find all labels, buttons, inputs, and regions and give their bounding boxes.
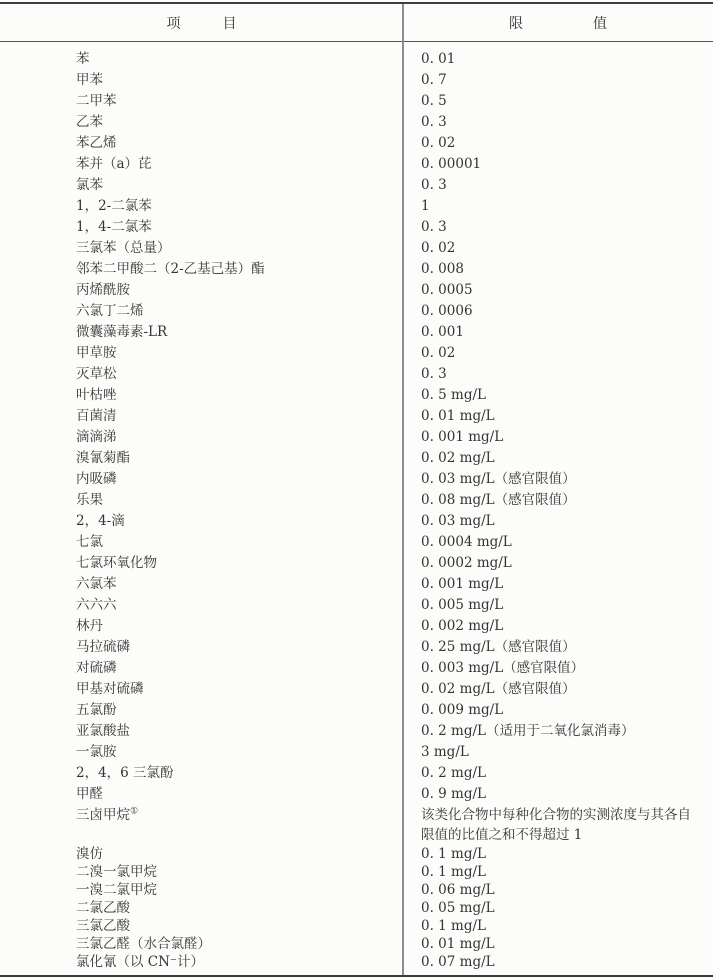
standards-document-page: 项 目 限 值 苯0. 01甲苯0. 7二甲苯0. 5乙苯0. 3苯乙烯0. 0…	[0, 0, 713, 980]
limit-cell: 0. 001	[403, 322, 713, 343]
item-cell: 七氯	[0, 532, 403, 553]
item-cell: 二溴一氯甲烷	[0, 863, 403, 881]
limit-cell: 0. 03 mg/L（感官限值）	[403, 469, 713, 490]
table-row: 2，4，6 三氯酚0. 2 mg/L	[0, 763, 713, 784]
item-cell: 滴滴涕	[0, 427, 403, 448]
item-cell: 三氯乙醛（水合氯醛）	[0, 935, 403, 953]
item-cell: 2，4-滴	[0, 511, 403, 532]
item-cell: 二甲苯	[0, 91, 403, 112]
table-row: 二氯乙酸0. 05 mg/L	[0, 899, 713, 917]
table-body: 苯0. 01甲苯0. 7二甲苯0. 5乙苯0. 3苯乙烯0. 02苯并（a）芘0…	[0, 42, 713, 971]
limit-cell: 0. 001 mg/L	[403, 427, 713, 448]
limit-cell: 0. 1 mg/L	[403, 845, 713, 863]
table-row: 亚氯酸盐0. 2 mg/L（适用于二氧化氯消毒）	[0, 721, 713, 742]
limit-cell: 0. 3	[403, 112, 713, 133]
item-cell: 三氯苯（总量）	[0, 238, 403, 259]
table-row: 三氯苯（总量）0. 02	[0, 238, 713, 259]
table-row: 苯0. 01	[0, 49, 713, 70]
limit-cell: 0. 1 mg/L	[403, 917, 713, 935]
limit-cell: 0. 002 mg/L	[403, 616, 713, 637]
table-row: 甲草胺0. 02	[0, 343, 713, 364]
table-header-row: 项 目 限 值	[0, 4, 713, 42]
item-cell: 1，2-二氯苯	[0, 196, 403, 217]
table-row: 滴滴涕0. 001 mg/L	[0, 427, 713, 448]
item-cell: 甲草胺	[0, 343, 403, 364]
table-row: 甲苯0. 7	[0, 70, 713, 91]
item-cell: 1，4-二氯苯	[0, 217, 403, 238]
item-cell: 一溴二氯甲烷	[0, 881, 403, 899]
table-row: 六氯丁二烯0. 0006	[0, 301, 713, 322]
limit-cell: 0. 02 mg/L（感官限值）	[403, 679, 713, 700]
limit-cell: 0. 009 mg/L	[403, 700, 713, 721]
table-row: 溴氰菊酯0. 02 mg/L	[0, 448, 713, 469]
item-cell: 一氯胺	[0, 742, 403, 763]
item-cell: 对硫磷	[0, 658, 403, 679]
limit-cell: 该类化合物中每种化合物的实测浓度与其各自 限值的比值之和不得超过 1	[403, 805, 713, 845]
limit-cell: 0. 5	[403, 91, 713, 112]
item-cell: 苯	[0, 49, 403, 70]
table-row: 甲醛0. 9 mg/L	[0, 784, 713, 805]
table-row: 丙烯酰胺0. 0005	[0, 280, 713, 301]
table-row: 百菌清0. 01 mg/L	[0, 406, 713, 427]
limit-cell: 0. 25 mg/L（感官限值）	[403, 637, 713, 658]
limit-cell: 0. 005 mg/L	[403, 595, 713, 616]
table-row: 六氯苯0. 001 mg/L	[0, 574, 713, 595]
item-cell: 微囊藻毒素-LR	[0, 322, 403, 343]
limit-cell: 0. 3	[403, 364, 713, 385]
item-cell: 乐果	[0, 490, 403, 511]
item-cell: 溴氰菊酯	[0, 448, 403, 469]
limit-cell: 0. 01 mg/L	[403, 406, 713, 427]
table-row: 二甲苯0. 5	[0, 91, 713, 112]
limit-cell: 0. 0006	[403, 301, 713, 322]
table-row: 六六六0. 005 mg/L	[0, 595, 713, 616]
limits-table: 项 目 限 值 苯0. 01甲苯0. 7二甲苯0. 5乙苯0. 3苯乙烯0. 0…	[0, 2, 713, 977]
limit-cell: 0. 02	[403, 133, 713, 154]
item-cell: 六氯苯	[0, 574, 403, 595]
limit-cell: 0. 02 mg/L	[403, 448, 713, 469]
item-cell: 二氯乙酸	[0, 899, 403, 917]
limit-cell: 0. 3	[403, 175, 713, 196]
table-row: 溴仿0. 1 mg/L	[0, 845, 713, 863]
limit-cell: 0. 01 mg/L	[403, 935, 713, 953]
table-row: 五氯酚0. 009 mg/L	[0, 700, 713, 721]
table-row: 三氯乙酸0. 1 mg/L	[0, 917, 713, 935]
table-row: 氯苯0. 3	[0, 175, 713, 196]
limit-cell: 0. 008	[403, 259, 713, 280]
table-row: 乙苯0. 3	[0, 112, 713, 133]
item-cell: 2，4，6 三氯酚	[0, 763, 403, 784]
limit-cell: 0. 0005	[403, 280, 713, 301]
table-row: 1，2-二氯苯1	[0, 196, 713, 217]
table-row: 对硫磷0. 003 mg/L（感官限值）	[0, 658, 713, 679]
item-cell: 氯化氰（以 CN⁻计）	[0, 953, 403, 971]
item-cell: 三卤甲烷①	[0, 805, 403, 845]
limit-cell: 1	[403, 196, 713, 217]
limit-cell: 3 mg/L	[403, 742, 713, 763]
limit-cell: 0. 001 mg/L	[403, 574, 713, 595]
item-cell: 六六六	[0, 595, 403, 616]
table-row: 乐果0. 08 mg/L（感官限值）	[0, 490, 713, 511]
limit-cell: 0. 02	[403, 238, 713, 259]
table-row: 三卤甲烷①该类化合物中每种化合物的实测浓度与其各自 限值的比值之和不得超过 1	[0, 805, 713, 845]
item-cell: 六氯丁二烯	[0, 301, 403, 322]
item-cell: 丙烯酰胺	[0, 280, 403, 301]
limit-cell: 0. 9 mg/L	[403, 784, 713, 805]
table-row: 灭草松0. 3	[0, 364, 713, 385]
table-row: 苯乙烯0. 02	[0, 133, 713, 154]
item-cell: 马拉硫磷	[0, 637, 403, 658]
limit-cell: 0. 07 mg/L	[403, 953, 713, 971]
item-cell: 甲醛	[0, 784, 403, 805]
table-row: 马拉硫磷0. 25 mg/L（感官限值）	[0, 637, 713, 658]
item-cell: 内吸磷	[0, 469, 403, 490]
col-header-limit: 限 值	[403, 13, 713, 33]
table-row: 二溴一氯甲烷0. 1 mg/L	[0, 863, 713, 881]
item-cell: 甲基对硫磷	[0, 679, 403, 700]
table-row: 七氯0. 0004 mg/L	[0, 532, 713, 553]
table-row: 一溴二氯甲烷0. 06 mg/L	[0, 881, 713, 899]
item-cell: 苯并（a）芘	[0, 154, 403, 175]
table-row: 叶枯唑0. 5 mg/L	[0, 385, 713, 406]
limit-cell: 0. 2 mg/L	[403, 763, 713, 784]
item-cell: 亚氯酸盐	[0, 721, 403, 742]
item-cell: 邻苯二甲酸二（2-乙基己基）酯	[0, 259, 403, 280]
item-cell: 甲苯	[0, 70, 403, 91]
table-row: 氯化氰（以 CN⁻计）0. 07 mg/L	[0, 953, 713, 971]
limit-cell: 0. 7	[403, 70, 713, 91]
col-header-item: 项 目	[0, 13, 403, 33]
item-cell: 乙苯	[0, 112, 403, 133]
limit-cell: 0. 02	[403, 343, 713, 364]
limit-cell: 0. 05 mg/L	[403, 899, 713, 917]
table-row: 内吸磷0. 03 mg/L（感官限值）	[0, 469, 713, 490]
limit-cell: 0. 3	[403, 217, 713, 238]
limit-cell: 0. 0002 mg/L	[403, 553, 713, 574]
column-divider-line	[402, 4, 404, 975]
limit-cell: 0. 08 mg/L（感官限值）	[403, 490, 713, 511]
item-cell: 五氯酚	[0, 700, 403, 721]
table-row: 林丹0. 002 mg/L	[0, 616, 713, 637]
table-row: 一氯胺3 mg/L	[0, 742, 713, 763]
table-row: 邻苯二甲酸二（2-乙基己基）酯0. 008	[0, 259, 713, 280]
item-cell: 百菌清	[0, 406, 403, 427]
limit-cell: 0. 1 mg/L	[403, 863, 713, 881]
table-row: 1，4-二氯苯0. 3	[0, 217, 713, 238]
limit-cell: 0. 0004 mg/L	[403, 532, 713, 553]
item-cell: 溴仿	[0, 845, 403, 863]
item-cell: 叶枯唑	[0, 385, 403, 406]
table-row: 七氯环氧化物0. 0002 mg/L	[0, 553, 713, 574]
limit-cell: 0. 01	[403, 49, 713, 70]
item-cell: 苯乙烯	[0, 133, 403, 154]
footnote-marker: ①	[130, 807, 138, 817]
table-row: 2，4-滴0. 03 mg/L	[0, 511, 713, 532]
limit-cell: 0. 003 mg/L（感官限值）	[403, 658, 713, 679]
table-row: 苯并（a）芘0. 00001	[0, 154, 713, 175]
item-cell: 氯苯	[0, 175, 403, 196]
table-row: 微囊藻毒素-LR0. 001	[0, 322, 713, 343]
limit-cell: 0. 2 mg/L（适用于二氧化氯消毒）	[403, 721, 713, 742]
limit-cell: 0. 00001	[403, 154, 713, 175]
item-cell: 林丹	[0, 616, 403, 637]
limit-cell: 0. 5 mg/L	[403, 385, 713, 406]
table-row: 三氯乙醛（水合氯醛）0. 01 mg/L	[0, 935, 713, 953]
item-cell: 灭草松	[0, 364, 403, 385]
item-cell: 七氯环氧化物	[0, 553, 403, 574]
item-cell: 三氯乙酸	[0, 917, 403, 935]
table-row: 甲基对硫磷0. 02 mg/L（感官限值）	[0, 679, 713, 700]
limit-cell: 0. 06 mg/L	[403, 881, 713, 899]
limit-cell: 0. 03 mg/L	[403, 511, 713, 532]
